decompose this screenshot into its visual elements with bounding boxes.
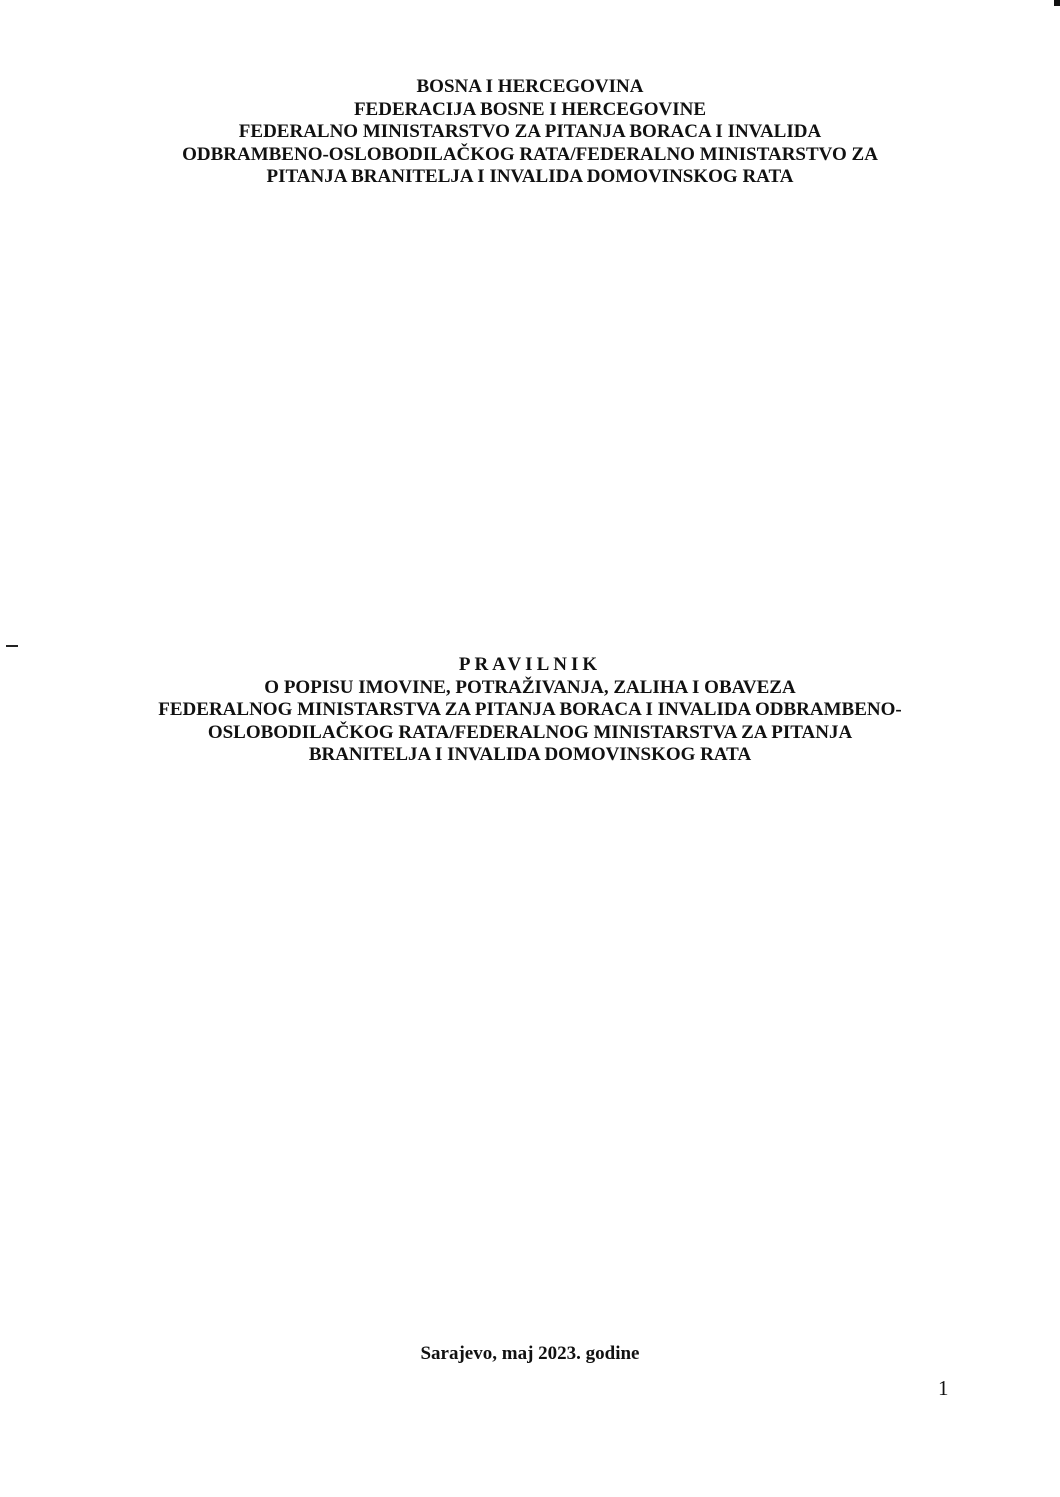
title-line-1: O POPISU IMOVINE, POTRAŽIVANJA, ZALIHA I… bbox=[0, 677, 1060, 700]
scan-artifact bbox=[1054, 0, 1060, 6]
title-line-3: OSLOBODILAČKOG RATA/FEDERALNOG MINISTARS… bbox=[0, 722, 1060, 745]
document-title: PRAVILNIK O POPISU IMOVINE, POTRAŽIVANJA… bbox=[0, 654, 1060, 767]
document-header: BOSNA I HERCEGOVINA FEDERACIJA BOSNE I H… bbox=[0, 76, 1060, 189]
header-line-ministry-3: PITANJA BRANITELJA I INVALIDA DOMOVINSKO… bbox=[0, 166, 1060, 189]
header-line-ministry-1: FEDERALNO MINISTARSTVO ZA PITANJA BORACA… bbox=[0, 121, 1060, 144]
place-and-date: Sarajevo, maj 2023. godine bbox=[0, 1343, 1060, 1365]
header-line-federation: FEDERACIJA BOSNE I HERCEGOVINE bbox=[0, 99, 1060, 122]
header-line-country: BOSNA I HERCEGOVINA bbox=[0, 76, 1060, 99]
title-heading: PRAVILNIK bbox=[0, 654, 1060, 677]
scan-artifact bbox=[6, 645, 18, 647]
title-line-2: FEDERALNOG MINISTARSTVA ZA PITANJA BORAC… bbox=[0, 699, 1060, 722]
title-line-4: BRANITELJA I INVALIDA DOMOVINSKOG RATA bbox=[0, 744, 1060, 767]
header-line-ministry-2: ODBRAMBENO-OSLOBODILAČKOG RATA/FEDERALNO… bbox=[0, 144, 1060, 167]
page-number: 1 bbox=[938, 1376, 949, 1401]
